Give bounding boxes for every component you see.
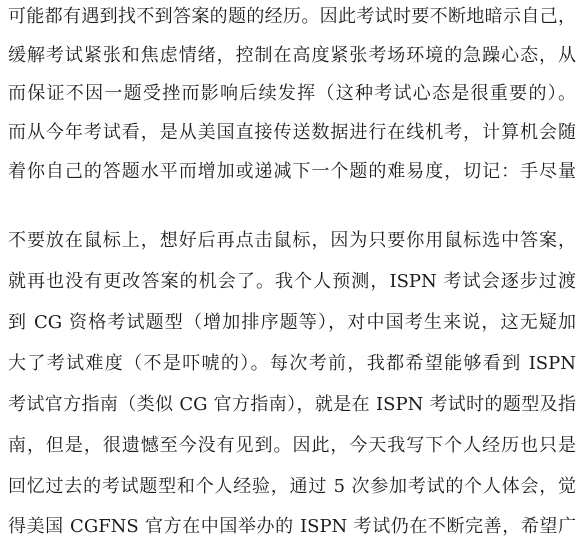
text-line: 就再也没有更改答案的机会了。我个人预测，ISPN 考试会逐步过渡: [8, 271, 576, 293]
text-line: 得美国 CGFNS 官方在中国举办的 ISPN 考试仍在不断完善，希望广: [8, 516, 576, 538]
text-line: 而从今年考试看，是从美国直接传送数据进行在线机考，计算机会随: [8, 122, 576, 144]
text-line: 大了考试难度（不是吓唬的）。每次考前，我都希望能够看到 ISPN: [8, 353, 576, 375]
text-line: 着你自己的答题水平而增加或递减下一个题的难易度，切记：手尽量: [8, 161, 576, 183]
text-line: 不要放在鼠标上，想好后再点击鼠标，因为只要你用鼠标选中答案，: [8, 230, 576, 252]
text-line: 可能都有遇到找不到答案的题的经历。因此考试时要不断地暗示自己，: [8, 6, 576, 28]
text-line: 南，但是，很遗憾至今没有见到。因此，今天我写下个人经历也只是: [8, 435, 576, 457]
text-line: 回忆过去的考试题型和个人经验，通过 5 次参加考试的个人体会，觉: [8, 476, 576, 498]
text-line: 到 CG 资格考试题型（增加排序题等），对中国考生来说，这无疑加: [8, 312, 576, 334]
text-line: 考试官方指南（类似 CG 官方指南），就是在 ISPN 考试时的题型及指: [8, 394, 576, 416]
text-line: 而保证不因一题受挫而影响后续发挥（这种考试心态是很重要的）。: [8, 83, 576, 105]
text-line: 缓解考试紧张和焦虑情绪，控制在高度紧张考场环境的急躁心态，从: [8, 45, 576, 67]
document-page: 可能都有遇到找不到答案的题的经历。因此考试时要不断地暗示自己， 缓解考试紧张和焦…: [0, 0, 584, 542]
